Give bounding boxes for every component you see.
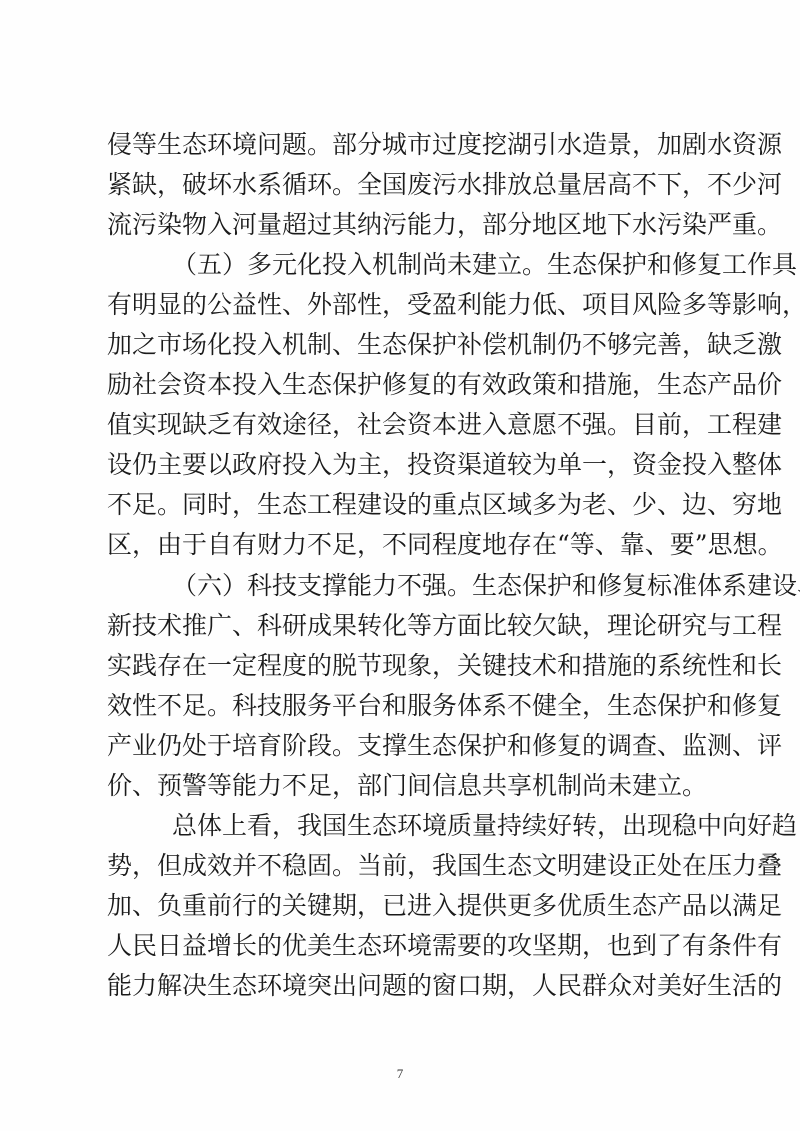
text-line: 设仍主要以政府投入为主，投资渠道较为单一，资金投入整体 <box>107 445 697 485</box>
text-line: 产业仍处于培育阶段。支撑生态保护和修复的调查、监测、评 <box>107 726 697 766</box>
paragraph-heading-line: （五）多元化投入机制尚未建立。生态保护和修复工作具 <box>107 245 697 285</box>
body-text: 侵等生态环境问题。部分城市过度挖湖引水造景，加剧水资源 紧缺，破坏水系循环。全国… <box>107 125 697 1006</box>
text-line: 能力解决生态环境突出问题的窗口期，人民群众对美好生活的 <box>107 966 697 1006</box>
document-page: 侵等生态环境问题。部分城市过度挖湖引水造景，加剧水资源 紧缺，破坏水系循环。全国… <box>0 0 800 1131</box>
text-line: 区，由于自有财力不足，不同程度地存在“等、靠、要”思想。 <box>107 525 697 565</box>
text-line: 流污染物入河量超过其纳污能力，部分地区地下水污染严重。 <box>107 205 697 245</box>
text-line: 新技术推广、科研成果转化等方面比较欠缺，理论研究与工程 <box>107 606 697 646</box>
text-line: 实践存在一定程度的脱节现象，关键技术和措施的系统性和长 <box>107 646 697 686</box>
text-line: 价、预警等能力不足，部门间信息共享机制尚未建立。 <box>107 766 697 806</box>
paragraph-summary: 总体上看，我国生态环境质量持续好转，出现稳中向好趋 势，但成效并不稳固。当前，我… <box>107 806 697 1006</box>
text-line: 励社会资本投入生态保护修复的有效政策和措施，生态产品价 <box>107 365 697 405</box>
text-line: 总体上看，我国生态环境质量持续好转，出现稳中向好趋 <box>107 806 697 846</box>
text-line: 效性不足。科技服务平台和服务体系不健全，生态保护和修复 <box>107 686 697 726</box>
text-line: 有明显的公益性、外部性，受盈利能力低、项目风险多等影响， <box>107 285 697 325</box>
paragraph-five-investment-mechanism: （五）多元化投入机制尚未建立。生态保护和修复工作具 有明显的公益性、外部性，受盈… <box>107 245 697 565</box>
page-number: 7 <box>0 1066 800 1082</box>
text-line: 势，但成效并不稳固。当前，我国生态文明建设正处在压力叠 <box>107 846 697 886</box>
text-line: 加之市场化投入机制、生态保护补偿机制仍不够完善，缺乏激 <box>107 325 697 365</box>
text-line: 不足。同时，生态工程建设的重点区域多为老、少、边、穷地 <box>107 485 697 525</box>
paragraph-continued: 侵等生态环境问题。部分城市过度挖湖引水造景，加剧水资源 紧缺，破坏水系循环。全国… <box>107 125 697 245</box>
text-line: 值实现缺乏有效途径，社会资本进入意愿不强。目前，工程建 <box>107 405 697 445</box>
paragraph-six-tech-support: （六）科技支撑能力不强。生态保护和修复标准体系建设、 新技术推广、科研成果转化等… <box>107 566 697 806</box>
text-line: 紧缺，破坏水系循环。全国废污水排放总量居高不下，不少河 <box>107 165 697 205</box>
text-line: 人民日益增长的优美生态环境需要的攻坚期，也到了有条件有 <box>107 926 697 966</box>
text-line: 侵等生态环境问题。部分城市过度挖湖引水造景，加剧水资源 <box>107 125 697 165</box>
paragraph-heading-line: （六）科技支撑能力不强。生态保护和修复标准体系建设、 <box>107 566 697 606</box>
text-line: 加、负重前行的关键期，已进入提供更多优质生态产品以满足 <box>107 886 697 926</box>
